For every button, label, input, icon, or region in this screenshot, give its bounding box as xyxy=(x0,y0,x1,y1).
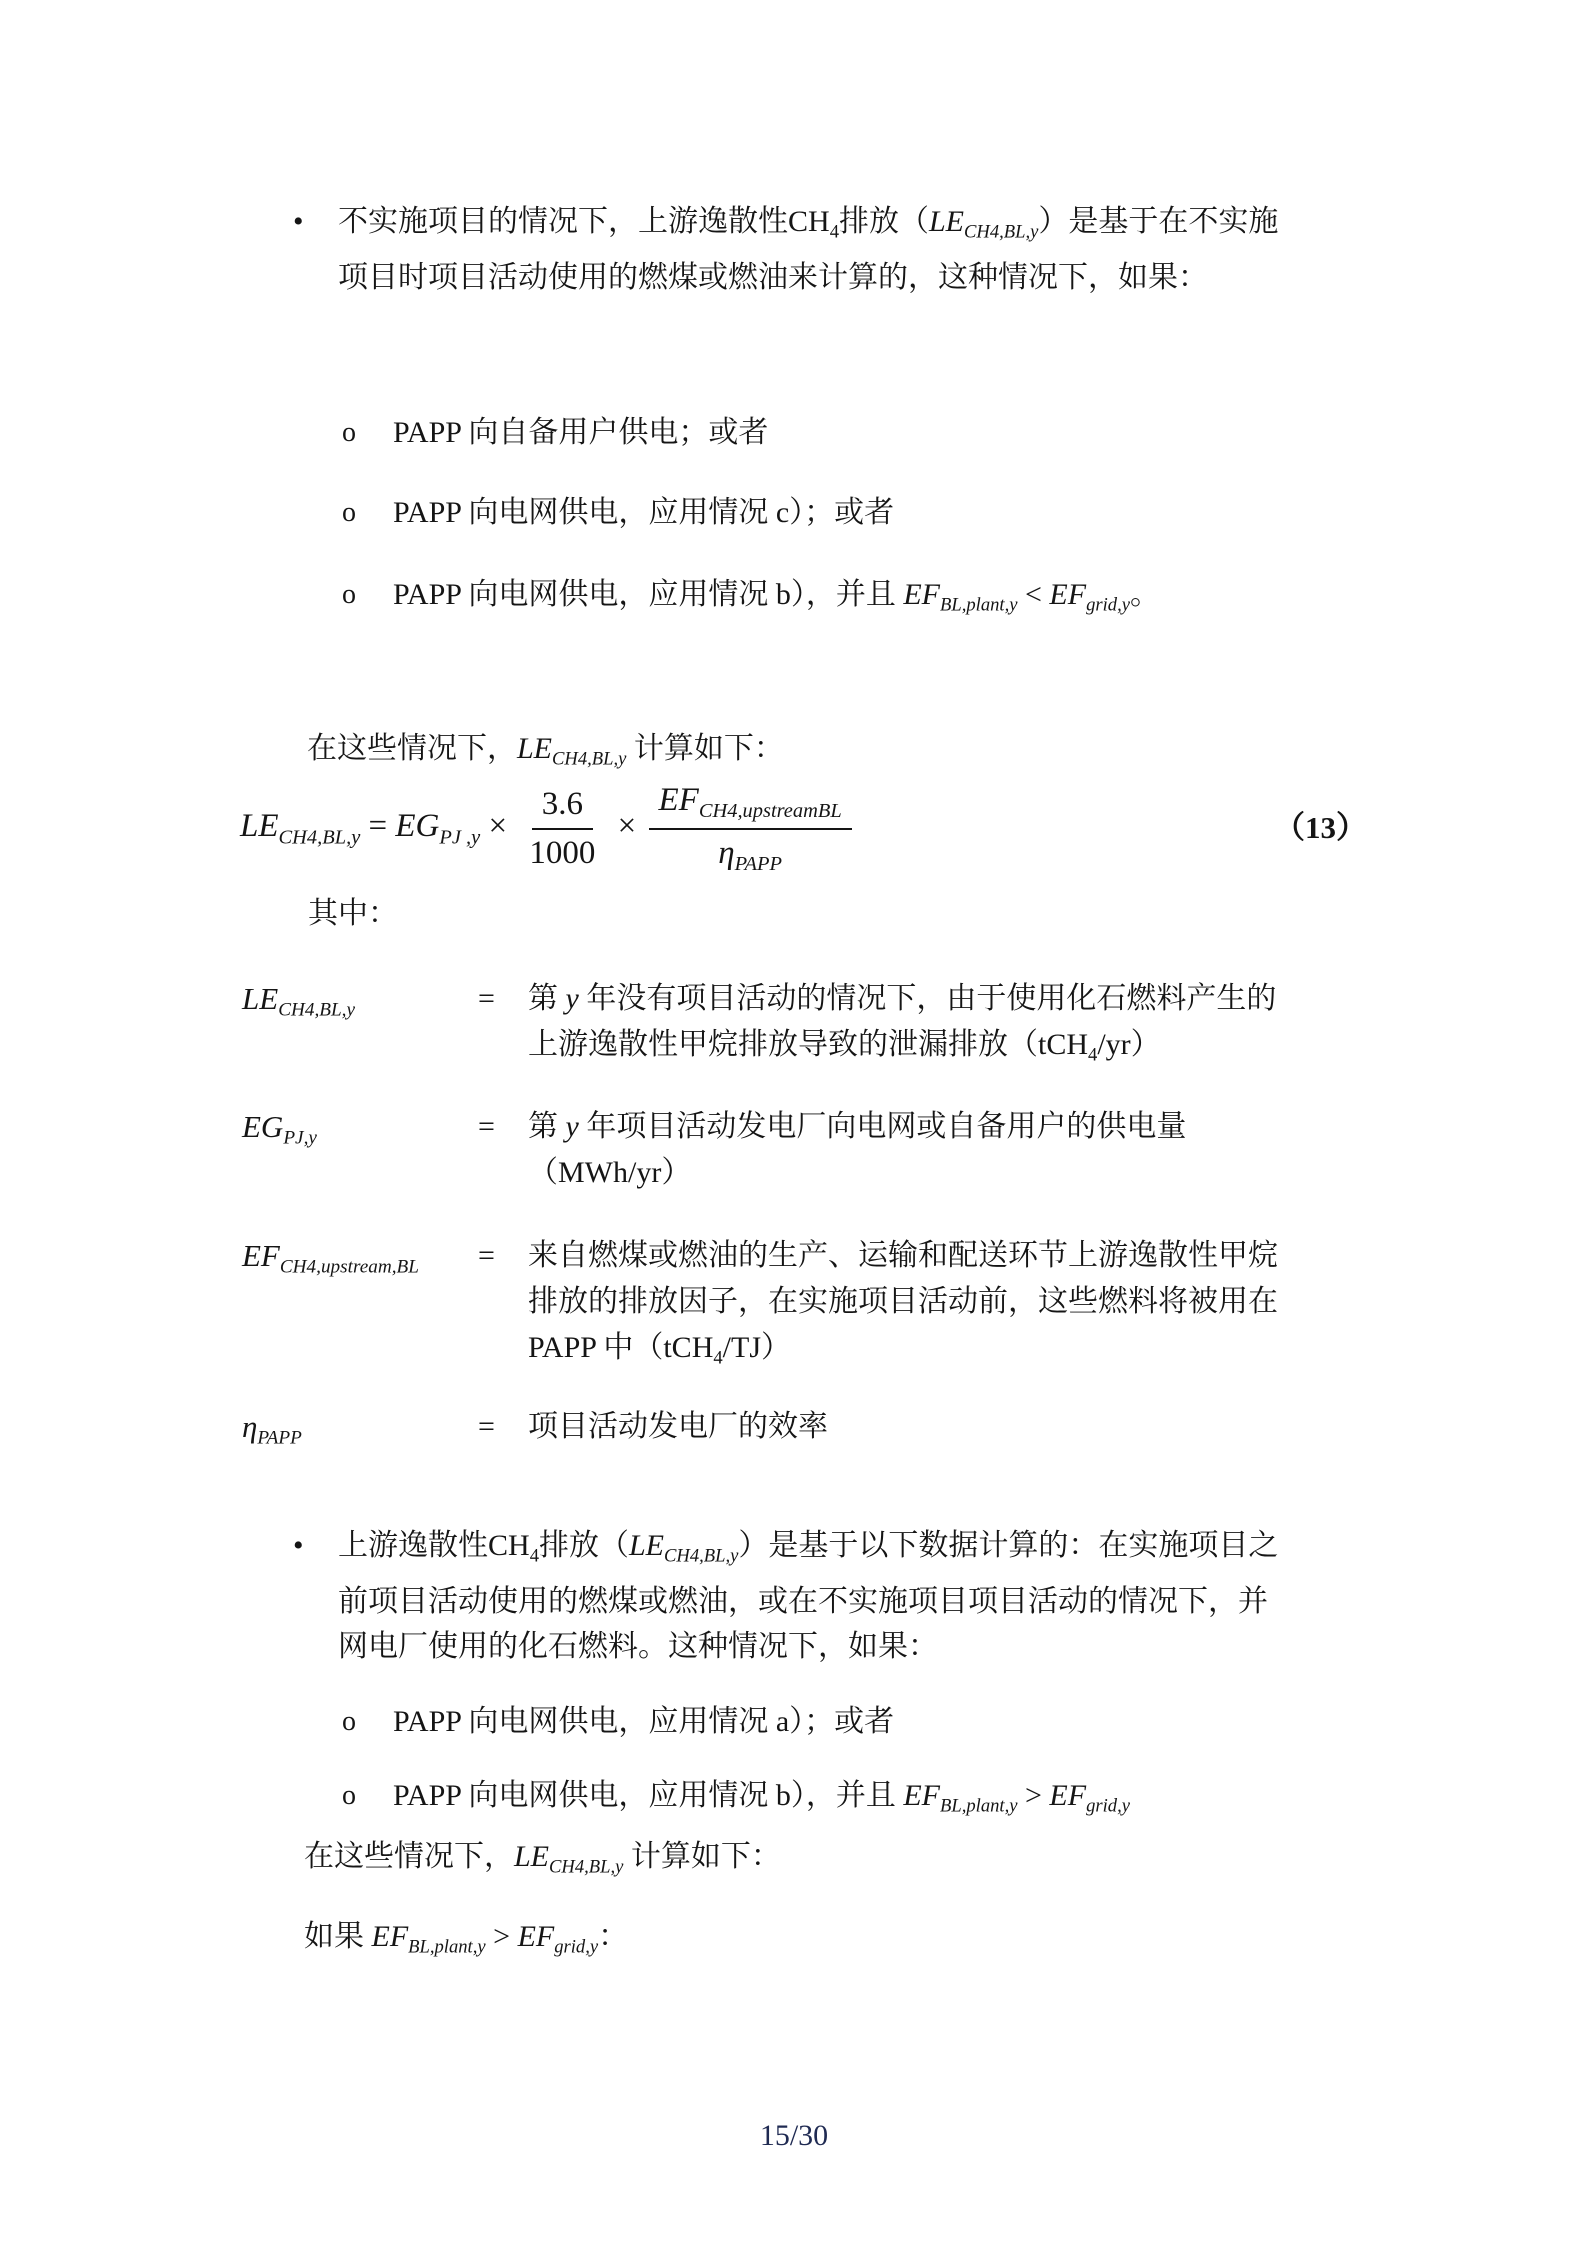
bullet-paragraph-1-text: 不实施项目的情况下，上游逸散性CH4排放（LECH4,BL,y）是基于在不实施项… xyxy=(338,199,1383,300)
definition-row: LECH4,BL,y = 第 y 年没有项目活动的情况下，由于使用化石燃料产生的… xyxy=(242,976,1352,1079)
sub-bullet-2a: o PAPP 向电网供电，应用情况 a）；或者 xyxy=(342,1699,894,1744)
sub-bullet-2b-text: PAPP 向电网供电，应用情况 b），并且 EFBL,plant,y > EFg… xyxy=(393,1773,1130,1829)
formula-intro-1: 在这些情况下，LECH4,BL,y 计算如下： xyxy=(307,726,784,782)
sub-bullet-1c: o PAPP 向电网供电，应用情况 b），并且 EFBL,plant,y < E… xyxy=(342,572,1160,628)
definition-description: 第 y 年没有项目活动的情况下，由于使用化石燃料产生的上游逸散性甲烷排放导致的泄… xyxy=(528,976,1352,1079)
circle-bullet-icon: o xyxy=(342,572,393,628)
equation-13: LECH4,BL,y = EGPJ ,y × 3.61000 × EFCH4,u… xyxy=(240,780,856,877)
definition-term: LECH4,BL,y xyxy=(242,976,478,1079)
bullet-dot-icon: • xyxy=(293,1523,338,1669)
sub-bullet-2b: o PAPP 向电网供电，应用情况 b），并且 EFBL,plant,y > E… xyxy=(342,1773,1130,1829)
bullet-paragraph-2: • 上游逸散性CH4排放（LECH4,BL,y）是基于以下数据计算的：在实施项目… xyxy=(293,1523,1383,1669)
sub-bullet-1a: o PAPP 向自备用户供电；或者 xyxy=(342,410,768,455)
bullet-paragraph-1: • 不实施项目的情况下，上游逸散性CH4排放（LECH4,BL,y）是基于在不实… xyxy=(293,199,1383,300)
sub-bullet-1b: o PAPP 向电网供电，应用情况 c）；或者 xyxy=(342,490,894,535)
definition-row: EGPJ,y = 第 y 年项目活动发电厂向电网或自备用户的供电量（MWh/yr… xyxy=(242,1104,1352,1196)
equals-sign: = xyxy=(478,1104,528,1196)
sub-bullet-2a-text: PAPP 向电网供电，应用情况 a）；或者 xyxy=(393,1699,894,1744)
circle-bullet-icon: o xyxy=(342,1773,393,1829)
definition-description: 项目活动发电厂的效率 xyxy=(528,1404,1352,1462)
definition-term: EFCH4,upstream,BL xyxy=(242,1233,478,1382)
bullet-dot-icon: • xyxy=(293,199,338,300)
sub-bullet-1b-text: PAPP 向电网供电，应用情况 c）；或者 xyxy=(393,490,894,535)
page-number: 15/30 xyxy=(0,2119,1588,2153)
formula-intro-2: 在这些情况下，LECH4,BL,y 计算如下： xyxy=(304,1834,781,1890)
condition-line: 如果 EFBL,plant,y > EFgrid,y： xyxy=(304,1914,628,1970)
definition-row: EFCH4,upstream,BL = 来自燃煤或燃油的生产、运输和配送环节上游… xyxy=(242,1233,1352,1382)
where-label: 其中： xyxy=(308,891,398,936)
circle-bullet-icon: o xyxy=(342,1699,393,1744)
definition-term: EGPJ,y xyxy=(242,1104,478,1196)
bullet-paragraph-2-text: 上游逸散性CH4排放（LECH4,BL,y）是基于以下数据计算的：在实施项目之前… xyxy=(338,1523,1383,1669)
definition-row: ηPAPP = 项目活动发电厂的效率 xyxy=(242,1404,1352,1462)
definition-description: 来自燃煤或燃油的生产、运输和配送环节上游逸散性甲烷排放的排放因子，在实施项目活动… xyxy=(528,1233,1352,1382)
equals-sign: = xyxy=(478,976,528,1079)
sub-bullet-1c-text: PAPP 向电网供电，应用情况 b），并且 EFBL,plant,y < EFg… xyxy=(393,572,1160,628)
circle-bullet-icon: o xyxy=(342,410,393,455)
equals-sign: = xyxy=(478,1404,528,1462)
document-page: • 不实施项目的情况下，上游逸散性CH4排放（LECH4,BL,y）是基于在不实… xyxy=(0,0,1588,2245)
definition-term: ηPAPP xyxy=(242,1404,478,1462)
circle-bullet-icon: o xyxy=(342,490,393,535)
equation-number: （13） xyxy=(1274,802,1367,847)
definition-description: 第 y 年项目活动发电厂向电网或自备用户的供电量（MWh/yr） xyxy=(528,1104,1352,1196)
equals-sign: = xyxy=(478,1233,528,1382)
sub-bullet-1a-text: PAPP 向自备用户供电；或者 xyxy=(393,410,768,455)
